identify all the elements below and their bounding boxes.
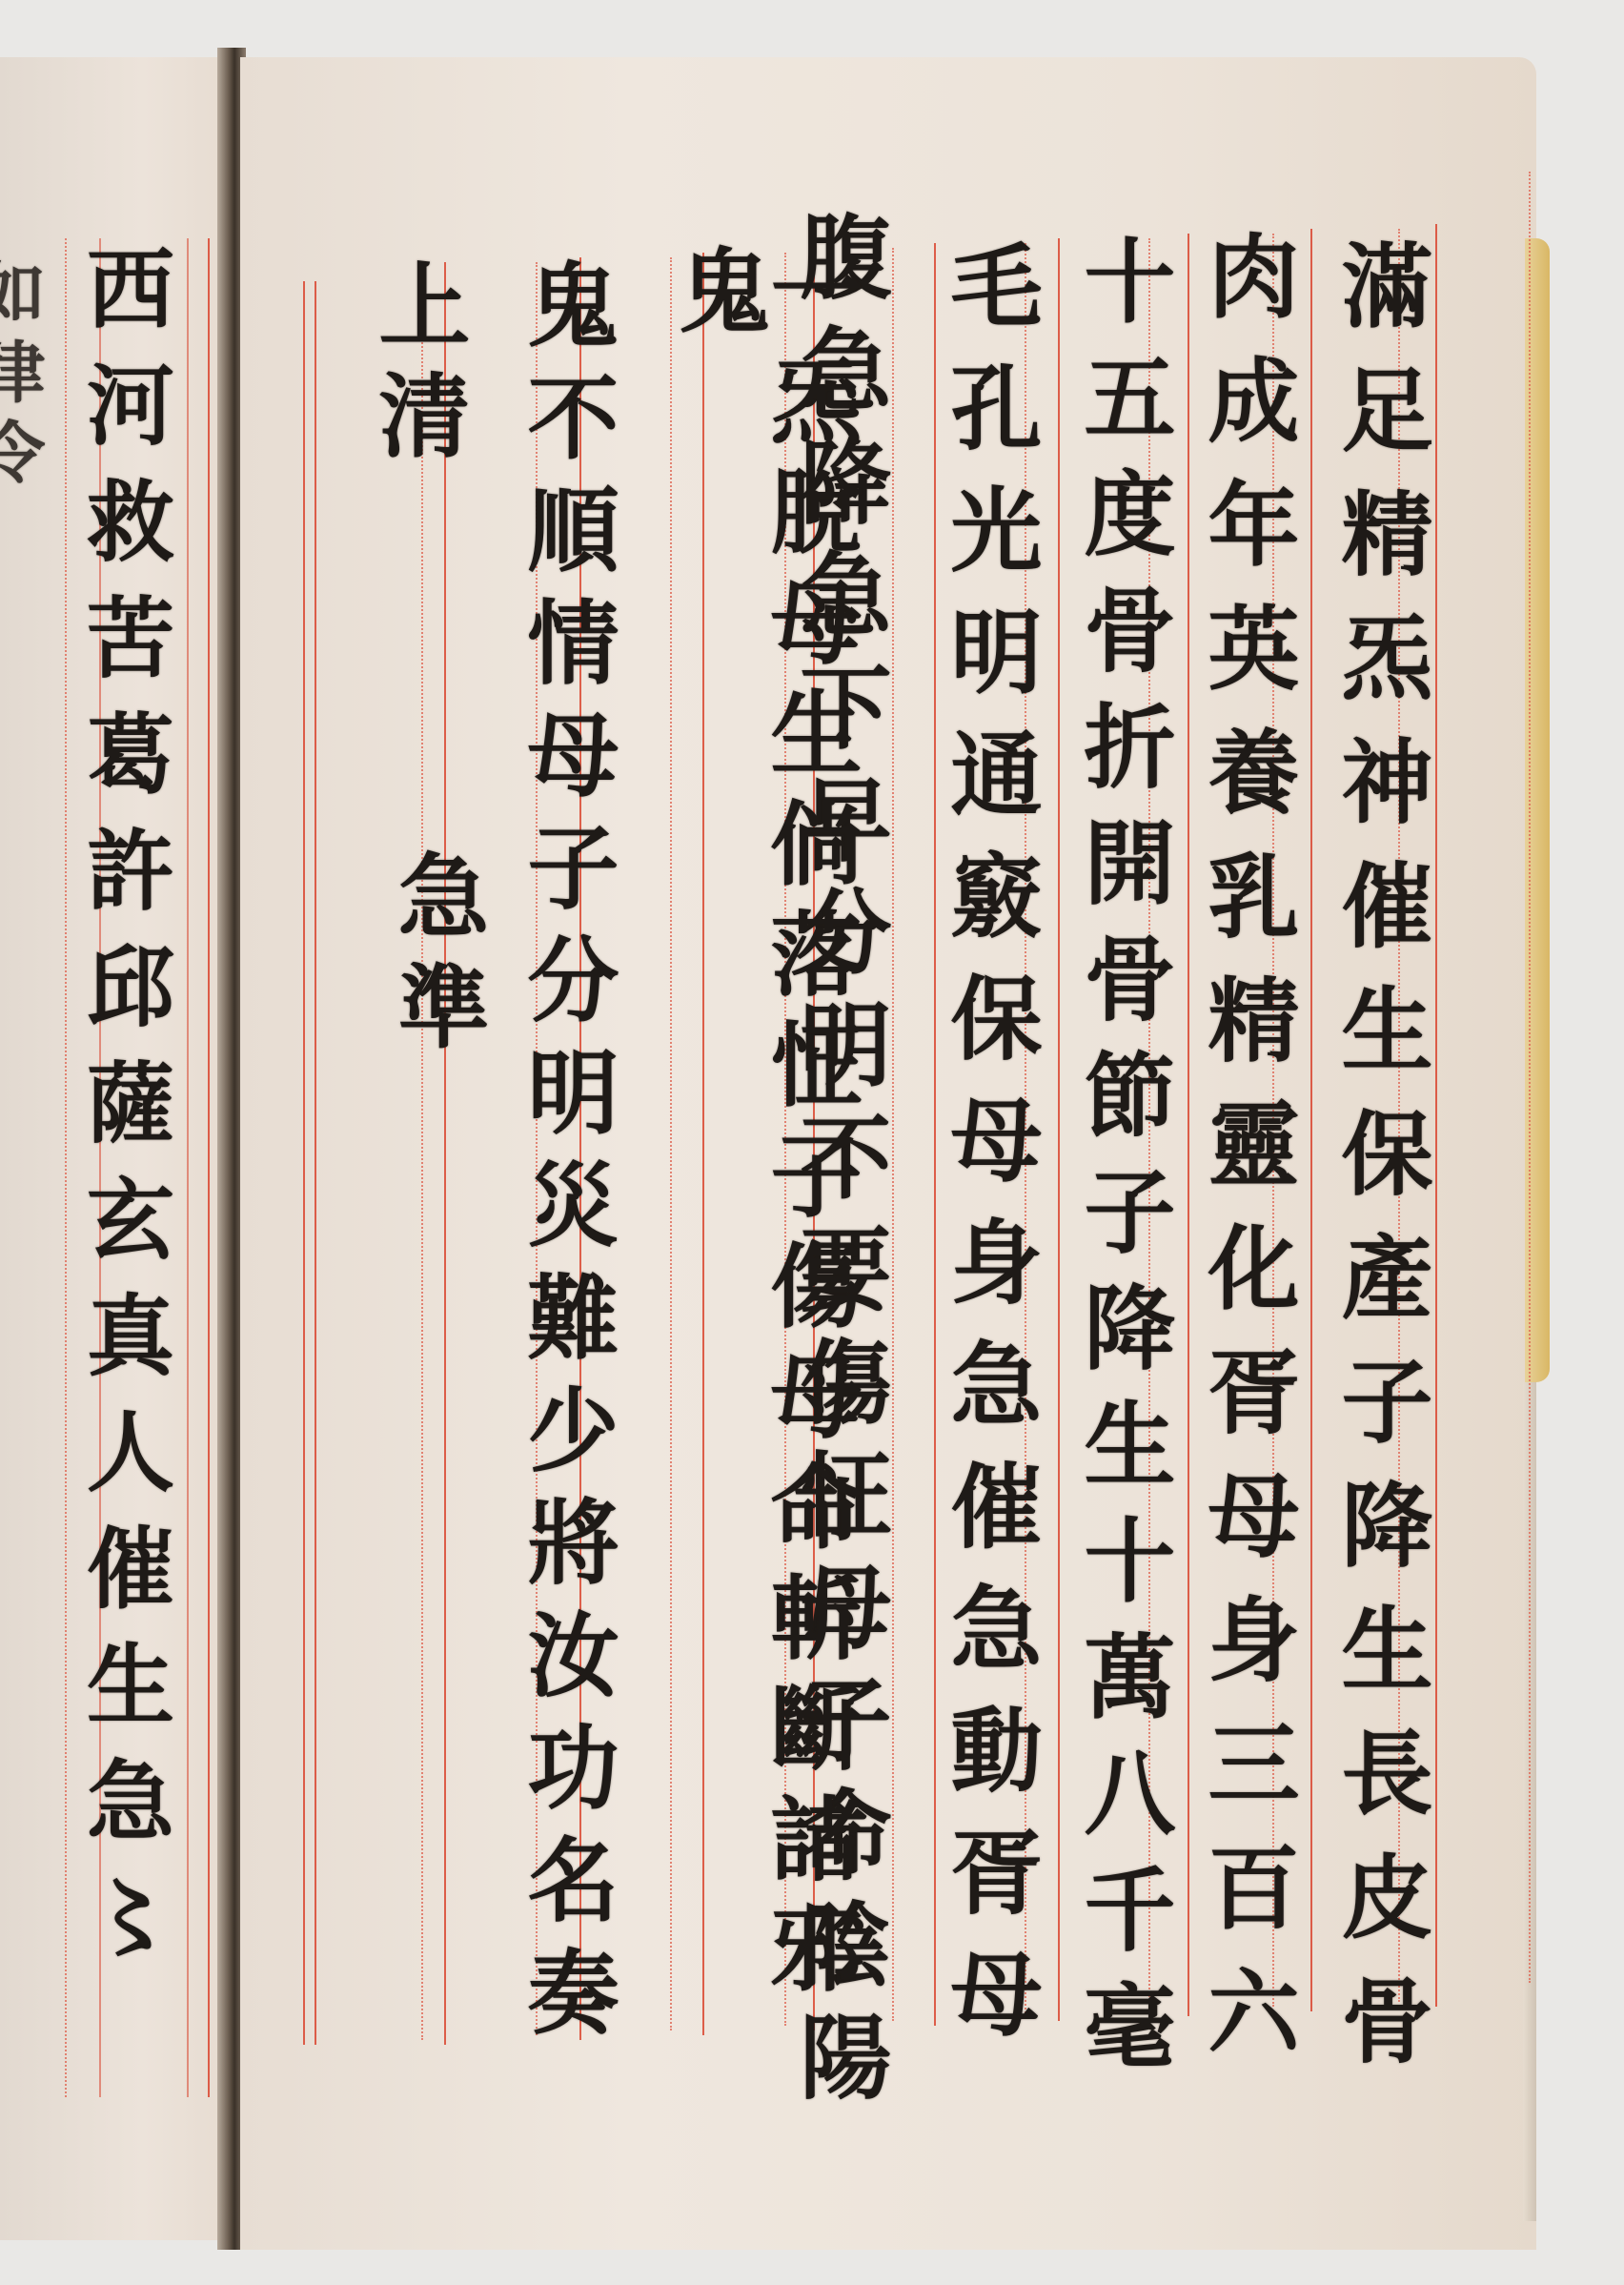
column-rule [1435,224,1437,2007]
column-rule [1529,172,1531,1983]
text-column-7: 鬼不順情母子分明災難少將汝功名奏 [520,257,612,2116]
text-column-1: 滿足精炁神催生保產子降生長皮骨 [1334,238,1426,2116]
column-rule [1188,234,1189,2016]
open-book-scan: 如律令 西河救苦葛許邱薩玄真人催生急〻 滿足精炁神催生保產子降生長皮骨 肉成年英… [0,0,1624,2285]
left-page-rule [65,238,67,2097]
column-rule [421,267,423,2040]
column-rule [444,262,446,2045]
text-column-3: 十五度骨折開骨節子降生十萬八千毫 [1077,234,1168,2140]
left-page-column: 西河救苦葛許邱薩玄真人催生急〻 [80,243,168,2131]
left-page-rule [187,238,189,2097]
text-column-8-bottom: 急準 [391,848,482,1096]
right-page-margin-rule [315,281,316,2045]
text-column-6: 一炁脫母生倘落怔子傷母命斬斷諸邪鬼 [672,243,855,2112]
text-column-4: 毛孔光明通竅保母身急催急動胥母 [944,238,1035,2107]
text-column-8-top: 上清 [372,257,463,505]
column-rule [1058,238,1060,2021]
left-page-column-partial: 如律令 [0,257,40,734]
column-rule [1310,229,1312,2011]
text-column-2: 肉成年英養乳精靈化胥母身三百六 [1201,229,1292,2097]
right-page-margin-rule [303,281,305,2045]
left-page-margin-rule [208,238,210,2097]
